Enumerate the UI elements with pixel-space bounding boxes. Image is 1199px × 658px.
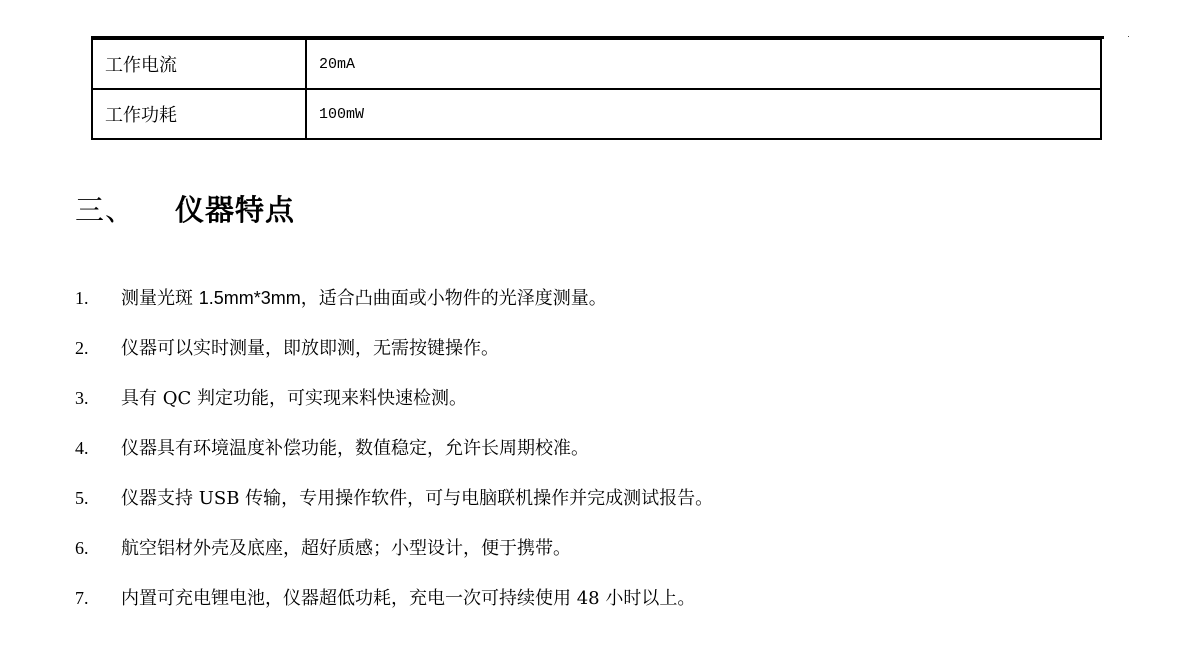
list-item: 3.具有 QC 判定功能，可实现来料快速检测。: [75, 380, 713, 430]
list-item: 6.航空铝材外壳及底座，超好质感；小型设计，便于携带。: [75, 530, 713, 580]
section-number: 三、: [75, 193, 135, 227]
table-row: 工作功耗 100mW: [92, 89, 1101, 139]
list-item: 7.内置可充电锂电池，仪器超低功耗，充电一次可持续使用 48 小时以上。: [75, 580, 713, 630]
spec-label: 工作功耗: [92, 89, 306, 139]
spec-label: 工作电流: [92, 39, 306, 89]
spec-value: 20mA: [306, 39, 1101, 89]
feature-list: 1.测量光斑 1.5mm*3mm，适合凸曲面或小物件的光泽度测量。 2.仪器可以…: [75, 280, 713, 630]
spec-value: 100mW: [306, 89, 1101, 139]
spec-table: 工作电流 20mA 工作功耗 100mW: [91, 38, 1102, 140]
list-item: 1.测量光斑 1.5mm*3mm，适合凸曲面或小物件的光泽度测量。: [75, 280, 713, 330]
list-item: 4.仪器具有环境温度补偿功能，数值稳定，允许长周期校准。: [75, 430, 713, 480]
list-item: 5.仪器支持 USB 传输，专用操作软件，可与电脑联机操作并完成测试报告。: [75, 480, 713, 530]
table-row: 工作电流 20mA: [92, 39, 1101, 89]
list-item: 2.仪器可以实时测量，即放即测，无需按键操作。: [75, 330, 713, 380]
section-heading: 三、仪器特点: [75, 188, 295, 229]
spot-size: 1.5mm*3mm: [199, 288, 301, 308]
page-artifact-dot: [1128, 36, 1129, 37]
section-title: 仪器特点: [175, 193, 295, 227]
